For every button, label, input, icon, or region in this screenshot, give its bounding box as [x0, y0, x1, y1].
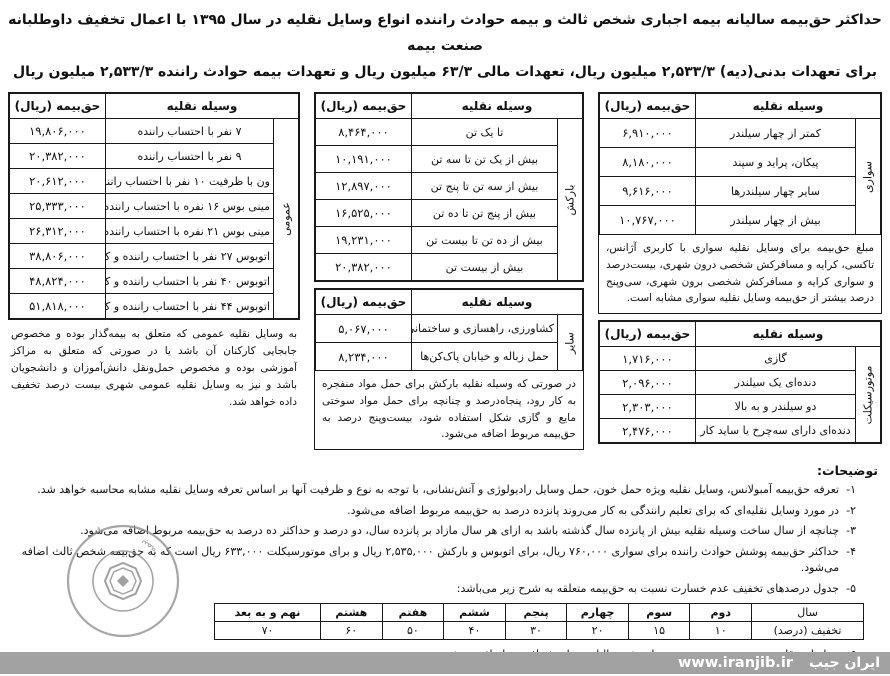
table-row: عمومی ۷ نفر با احتساب راننده ۱۹,۸۰۶,۰۰۰: [10, 119, 299, 144]
discount-value-cell: ۷۰: [215, 622, 321, 640]
savari-table: وسیله نقلیه حق‌بیمه (ریال) سواری کمتر از…: [599, 93, 881, 235]
item-text: چنانچه از سال ساخت وسیله نقلیه بیش از پا…: [80, 523, 839, 540]
no-claim-discount-table: سال دوم سوم چهارم پنجم ششم هفتم هشتم نهم…: [214, 603, 864, 640]
item-number: ۲-: [846, 503, 856, 520]
premium-cell: ۲,۴۷۶,۰۰۰: [600, 419, 696, 443]
premium-cell: ۲۰,۶۱۲,۰۰۰: [10, 169, 106, 194]
premium-cell: ۱۹,۸۰۶,۰۰۰: [10, 119, 106, 144]
year-cell: هشتم: [321, 604, 383, 622]
explanation-item: ۱-تعرفه حق‌بیمه آمبولانس، وسایل نقلیه وی…: [8, 482, 878, 499]
vehicle-cell: بیش از ده تن تا بیست تن: [412, 227, 558, 254]
premium-cell: ۴۸,۸۲۴,۰۰۰: [10, 269, 106, 294]
omumi-table-box: وسیله نقلیه حق‌بیمه (ریال) عمومی ۷ نفر ب…: [8, 92, 300, 320]
premium-cell: ۶,۹۱۰,۰۰۰: [600, 119, 696, 148]
vehicle-cell: ون با ظرفیت ۱۰ نفر با احتساب راننده: [106, 169, 274, 194]
year-cell: سوم: [628, 604, 690, 622]
item-number: ۴-: [846, 544, 856, 577]
vehicle-cell: اتوبوس ۴۰ نفر با احتساب راننده و کمک: [106, 269, 274, 294]
table-row: اتوبوس ۴۰ نفر با احتساب راننده و کمک۴۸,۸…: [10, 269, 299, 294]
vehicle-cell: سایر چهار سیلندرها: [696, 177, 856, 206]
vehicle-cell: کمتر از چهار سیلندر: [696, 119, 856, 148]
premium-cell: ۱۶,۵۲۵,۰۰۰: [316, 200, 412, 227]
omumi-table: وسیله نقلیه حق‌بیمه (ریال) عمومی ۷ نفر ب…: [9, 93, 299, 319]
premium-cell: ۹,۶۱۶,۰۰۰: [600, 177, 696, 206]
category-label: سواری: [862, 161, 875, 193]
premium-column-header: حق‌بیمه (ریال): [316, 290, 412, 315]
savari-note: مبلغ حق‌بیمه برای وسایل نقلیه سواری با ک…: [599, 235, 881, 313]
table-row: پیکان، پراید و سپند۸,۱۸۰,۰۰۰: [600, 148, 881, 177]
savari-table-box: وسیله نقلیه حق‌بیمه (ریال) سواری کمتر از…: [598, 92, 882, 314]
central-insurance-stamp: بیمه مرکزی جمهوری اسلامی ایران: [64, 522, 182, 640]
vehicle-cell: دو سیلندر و به بالا: [696, 395, 856, 419]
vehicle-cell: ۹ نفر با احتساب راننده: [106, 144, 274, 169]
vehicle-cell: اتوبوس ۴۴ نفر با احتساب راننده و کمک: [106, 294, 274, 319]
premium-cell: ۱,۷۱۶,۰۰۰: [600, 347, 696, 371]
table-row: مینی بوس ۲۱ نفره با احتساب راننده۲۶,۳۱۲,…: [10, 219, 299, 244]
title-line-1: حداکثر حق‌بیمه سالیانه بیمه اجباری شخص ث…: [0, 7, 890, 59]
premium-cell: ۸,۴۶۴,۰۰۰: [316, 119, 412, 146]
discount-value-cell: ۲۰: [567, 622, 629, 640]
vehicle-cell: بیش از بیست تن: [412, 254, 558, 281]
premium-cell: ۸,۱۸۰,۰۰۰: [600, 148, 696, 177]
document-title: حداکثر حق‌بیمه سالیانه بیمه اجباری شخص ث…: [0, 0, 890, 85]
vehicle-cell: کشاورزی، راهسازی و ساختمانی: [412, 315, 558, 343]
footer-url: www.iranjib.ir: [678, 655, 793, 671]
page: حداکثر حق‌بیمه سالیانه بیمه اجباری شخص ث…: [0, 0, 890, 676]
item-number: ۱-: [846, 482, 856, 499]
explanations-heading: توضیحات:: [8, 463, 878, 478]
category-strip: موتورسیکلت: [856, 347, 881, 443]
table-row: بیش از سه تن تا پنج تن۱۲,۸۹۷,۰۰۰: [316, 173, 583, 200]
table-row: ۹ نفر با احتساب راننده۲۰,۳۸۲,۰۰۰: [10, 144, 299, 169]
table-row: بیش از یک تن تا سه تن۱۰,۱۹۱,۰۰۰: [316, 146, 583, 173]
category-strip: عمومی: [274, 119, 299, 319]
vehicle-cell: بیش از سه تن تا پنج تن: [412, 173, 558, 200]
item-text: جدول درصدهای تخفیف عدم خسارت نسبت به حق‌…: [457, 581, 839, 598]
vehicle-cell: دنده‌ای دارای سه‌چرخ یا ساید کار: [696, 419, 856, 443]
vehicle-column-header: وسیله نقلیه: [696, 94, 881, 119]
vehicle-cell: ۷ نفر با احتساب راننده: [106, 119, 274, 144]
discount-value-cell: ۵۰: [382, 622, 444, 640]
discount-label-cell: تخفیف (درصد): [752, 622, 864, 640]
category-label: موتورسیکلت: [862, 365, 875, 424]
year-label-cell: سال: [752, 604, 864, 622]
vehicle-column-header: وسیله نقلیه: [106, 94, 299, 119]
header-row: سال دوم سوم چهارم پنجم ششم هفتم هشتم نهم…: [215, 604, 864, 622]
premium-cell: ۵,۰۶۷,۰۰۰: [316, 315, 412, 343]
vehicle-cell: گازی: [696, 347, 856, 371]
item-text: تعرفه حق‌بیمه آمبولانس، وسایل نقلیه ویژه…: [37, 482, 839, 499]
premium-column-header: حق‌بیمه (ریال): [600, 322, 696, 347]
header-row: وسیله نقلیه حق‌بیمه (ریال): [600, 94, 881, 119]
premium-cell: ۱۹,۲۳۱,۰۰۰: [316, 227, 412, 254]
table-row: اتوبوس ۲۷ نفر با احتساب راننده و کمک۳۸,۸…: [10, 244, 299, 269]
table-row: مینی بوس ۱۶ نفره با احتساب راننده۲۵,۳۳۳,…: [10, 194, 299, 219]
footer-site-name: ایران جیب: [809, 655, 880, 671]
table-row: ون با ظرفیت ۱۰ نفر با احتساب راننده۲۰,۶۱…: [10, 169, 299, 194]
year-cell: نهم و به بعد: [215, 604, 321, 622]
rate-tables-row: وسیله نقلیه حق‌بیمه (ریال) سواری کمتر از…: [0, 92, 890, 450]
premium-cell: ۲۵,۳۳۳,۰۰۰: [10, 194, 106, 219]
premium-cell: ۲۰,۳۸۲,۰۰۰: [10, 144, 106, 169]
premium-cell: ۲,۰۹۶,۰۰۰: [600, 371, 696, 395]
category-label: سایر: [564, 332, 577, 354]
category-label: بارکش: [564, 184, 577, 215]
vehicle-cell: پیکان، پراید و سپند: [696, 148, 856, 177]
vehicle-column-header: وسیله نقلیه: [412, 94, 583, 119]
vehicle-cell: اتوبوس ۲۷ نفر با احتساب راننده و کمک: [106, 244, 274, 269]
year-cell: پنجم: [505, 604, 567, 622]
table-row: اتوبوس ۴۴ نفر با احتساب راننده و کمک۵۱,۸…: [10, 294, 299, 319]
item-text: در مورد وسایل نقلیه‌ای که برای تعلیم ران…: [347, 503, 839, 520]
vehicle-column-header: وسیله نقلیه: [696, 322, 881, 347]
table-row: بیش از پنج تن تا ده تن۱۶,۵۲۵,۰۰۰: [316, 200, 583, 227]
table-row: سایر کشاورزی، راهسازی و ساختمانی ۵,۰۶۷,۰…: [316, 315, 583, 343]
table-row: تخفیف (درصد) ۱۰ ۱۵ ۲۰ ۳۰ ۴۰ ۵۰ ۶۰ ۷۰: [215, 622, 864, 640]
premium-cell: ۲۶,۳۱۲,۰۰۰: [10, 219, 106, 244]
item-number: ۳-: [846, 523, 856, 540]
table-row: بیش از بیست تن۲۰,۳۸۲,۰۰۰: [316, 254, 583, 281]
premium-cell: ۲,۳۰۳,۰۰۰: [600, 395, 696, 419]
barkesh-column: وسیله نقلیه حق‌بیمه (ریال) بارکش تا یک ت…: [314, 92, 584, 450]
premium-cell: ۱۰,۷۶۷,۰۰۰: [600, 206, 696, 235]
category-strip: بارکش: [558, 119, 583, 281]
header-row: وسیله نقلیه حق‌بیمه (ریال): [600, 322, 881, 347]
premium-cell: ۱۲,۸۹۷,۰۰۰: [316, 173, 412, 200]
category-strip: سایر: [558, 315, 583, 371]
explanation-item: ۲-در مورد وسایل نقلیه‌ای که برای تعلیم ر…: [8, 503, 878, 520]
header-row: وسیله نقلیه حق‌بیمه (ریال): [10, 94, 299, 119]
discount-value-cell: ۳۰: [505, 622, 567, 640]
vehicle-cell: دنده‌ای یک سیلندر: [696, 371, 856, 395]
year-cell: دوم: [690, 604, 752, 622]
barkesh-table-box: وسیله نقلیه حق‌بیمه (ریال) بارکش تا یک ت…: [314, 92, 584, 282]
premium-cell: ۲۰,۳۸۲,۰۰۰: [316, 254, 412, 281]
premium-cell: ۸,۲۳۴,۰۰۰: [316, 343, 412, 371]
table-row: دنده‌ای دارای سه‌چرخ یا ساید کار۲,۴۷۶,۰۰…: [600, 419, 881, 443]
title-line-2: برای تعهدات بدنی(دیه) ۲,۵۳۳/۳ میلیون ریا…: [0, 59, 890, 85]
year-cell: ششم: [444, 604, 506, 622]
premium-cell: ۵۱,۸۱۸,۰۰۰: [10, 294, 106, 319]
omumi-column: وسیله نقلیه حق‌بیمه (ریال) عمومی ۷ نفر ب…: [8, 92, 300, 411]
motorcycle-table-box: وسیله نقلیه حق‌بیمه (ریال) موتورسیکلت گا…: [598, 320, 882, 444]
table-row: بیش از ده تن تا بیست تن۱۹,۲۳۱,۰۰۰: [316, 227, 583, 254]
table-row: موتورسیکلت گازی ۱,۷۱۶,۰۰۰: [600, 347, 881, 371]
vehicle-cell: مینی بوس ۲۱ نفره با احتساب راننده: [106, 219, 274, 244]
premium-column-header: حق‌بیمه (ریال): [316, 94, 412, 119]
vehicle-cell: بیش از یک تن تا سه تن: [412, 146, 558, 173]
premium-cell: ۱۰,۱۹۱,۰۰۰: [316, 146, 412, 173]
premium-column-header: حق‌بیمه (ریال): [10, 94, 106, 119]
vehicle-cell: بیش از پنج تن تا ده تن: [412, 200, 558, 227]
header-row: وسیله نقلیه حق‌بیمه (ریال): [316, 290, 583, 315]
table-row: بیش از چهار سیلندر۱۰,۷۶۷,۰۰۰: [600, 206, 881, 235]
category-strip: سواری: [856, 119, 881, 235]
footer-bar: ایران جیب www.iranjib.ir: [0, 652, 890, 674]
premium-cell: ۳۸,۸۰۶,۰۰۰: [10, 244, 106, 269]
year-cell: چهارم: [567, 604, 629, 622]
vehicle-column-header: وسیله نقلیه: [412, 290, 583, 315]
discount-value-cell: ۶۰: [321, 622, 383, 640]
omumi-note: به وسایل نقلیه عمومی که متعلق به بیمه‌گذ…: [8, 320, 300, 411]
sayer-table-box: وسیله نقلیه حق‌بیمه (ریال) سایر کشاورزی،…: [314, 288, 584, 450]
table-row: سواری کمتر از چهار سیلندر ۶,۹۱۰,۰۰۰: [600, 119, 881, 148]
motorcycle-table: وسیله نقلیه حق‌بیمه (ریال) موتورسیکلت گا…: [599, 321, 881, 443]
table-row: سایر چهار سیلندرها۹,۶۱۶,۰۰۰: [600, 177, 881, 206]
discount-value-cell: ۴۰: [444, 622, 506, 640]
discount-value-cell: ۱۵: [628, 622, 690, 640]
category-label: عمومی: [280, 202, 293, 236]
vehicle-cell: بیش از چهار سیلندر: [696, 206, 856, 235]
year-cell: هفتم: [382, 604, 444, 622]
table-row: بارکش تا یک تن ۸,۴۶۴,۰۰۰: [316, 119, 583, 146]
savari-column: وسیله نقلیه حق‌بیمه (ریال) سواری کمتر از…: [598, 92, 882, 444]
vehicle-cell: تا یک تن: [412, 119, 558, 146]
discount-value-cell: ۱۰: [690, 622, 752, 640]
header-row: وسیله نقلیه حق‌بیمه (ریال): [316, 94, 583, 119]
sayer-table: وسیله نقلیه حق‌بیمه (ریال) سایر کشاورزی،…: [315, 289, 583, 371]
vehicle-cell: مینی بوس ۱۶ نفره با احتساب راننده: [106, 194, 274, 219]
table-row: حمل زباله و خیابان پاک‌کن‌ها۸,۲۳۴,۰۰۰: [316, 343, 583, 371]
premium-column-header: حق‌بیمه (ریال): [600, 94, 696, 119]
barkesh-note: در صورتی که وسیله نقلیه بارکش برای حمل م…: [315, 371, 583, 449]
table-row: دنده‌ای یک سیلندر۲,۰۹۶,۰۰۰: [600, 371, 881, 395]
stamp-emblem-icon: [105, 563, 141, 599]
item-number: ۵-: [846, 581, 856, 598]
table-row: دو سیلندر و به بالا۲,۳۰۳,۰۰۰: [600, 395, 881, 419]
vehicle-cell: حمل زباله و خیابان پاک‌کن‌ها: [412, 343, 558, 371]
barkesh-table: وسیله نقلیه حق‌بیمه (ریال) بارکش تا یک ت…: [315, 93, 583, 281]
